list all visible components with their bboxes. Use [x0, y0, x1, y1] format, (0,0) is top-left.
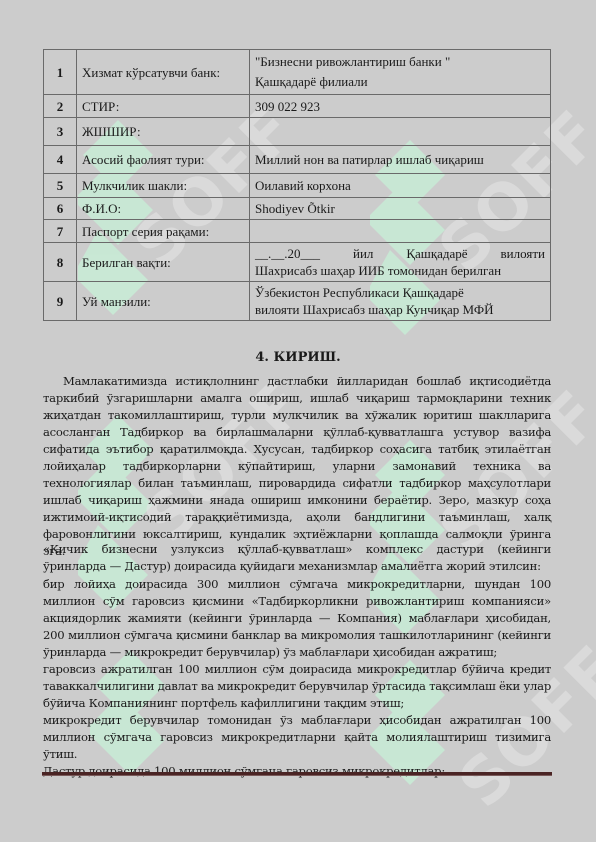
row-value-line: Ўзбекистон Республикаси Қашқадарё — [255, 284, 545, 301]
footer-divider — [42, 772, 552, 775]
section-heading: 4. КИРИШ. — [0, 350, 596, 365]
program-paragraph: бир лойиҳа доирасида 300 миллион сўмгача… — [43, 576, 551, 661]
row-value — [250, 220, 551, 243]
row-label: Берилган вақти: — [77, 243, 250, 282]
row-number: 4 — [44, 146, 77, 174]
company-info-table: 1Хизмат кўрсатувчи банк:"Бизнесни ривожл… — [43, 49, 551, 321]
row-value-line: "Бизнесни ривожлантириш банки " — [255, 52, 545, 72]
row-value: 309 022 923 — [250, 95, 551, 118]
row-value-line: вилояти Шахрисабз шаҳар Кунчиқар МФЙ — [255, 301, 545, 318]
document-page: 1Хизмат кўрсатувчи банк:"Бизнесни ривожл… — [0, 0, 596, 842]
row-value: Миллий нон ва патирлар ишлаб чиқариш — [250, 146, 551, 174]
row-label: Хизмат кўрсатувчи банк: — [77, 50, 250, 95]
row-number: 7 — [44, 220, 77, 243]
row-label: Мулкчилик шакли: — [77, 174, 250, 198]
table-row: 6Ф.И.О:Shodiyev Õtkir — [44, 198, 551, 220]
row-value: Ўзбекистон Республикаси Қашқадарёвилояти… — [250, 282, 551, 321]
row-value-line: Оилавий корхона — [255, 177, 545, 194]
row-number: 8 — [44, 243, 77, 282]
row-value-line: __.__.20___ йил Қашқадарё вилояти — [255, 245, 545, 262]
row-label: СТИР: — [77, 95, 250, 118]
row-value-line: Shodiyev Õtkir — [255, 200, 545, 217]
table-row: 7Паспорт серия рақами: — [44, 220, 551, 243]
program-paragraph: «Кичик бизнесни узлуксиз қўллаб-қувватла… — [43, 541, 551, 575]
intro-paragraph-text: Мамлакатимизда истиқлолнинг дастлабки йи… — [43, 373, 551, 560]
row-label: Паспорт серия рақами: — [77, 220, 250, 243]
row-number: 5 — [44, 174, 77, 198]
intro-paragraph: Мамлакатимизда истиқлолнинг дастлабки йи… — [43, 373, 551, 560]
row-value-line: Қашқадарё филиали — [255, 72, 545, 92]
row-value-line: 309 022 923 — [255, 98, 545, 115]
row-label: Асосий фаолият тури: — [77, 146, 250, 174]
row-label: ЖШШИР: — [77, 118, 250, 146]
table-row: 5Мулкчилик шакли:Оилавий корхона — [44, 174, 551, 198]
table-row: 1Хизмат кўрсатувчи банк:"Бизнесни ривожл… — [44, 50, 551, 95]
row-value: __.__.20___ йил Қашқадарё вилоятиШахриса… — [250, 243, 551, 282]
row-value: "Бизнесни ривожлантириш банки "Қашқадарё… — [250, 50, 551, 95]
row-value — [250, 118, 551, 146]
row-number: 1 — [44, 50, 77, 95]
row-number: 3 — [44, 118, 77, 146]
program-paragraphs: «Кичик бизнесни узлуксиз қўллаб-қувватла… — [43, 541, 551, 780]
table-row: 3ЖШШИР: — [44, 118, 551, 146]
row-number: 9 — [44, 282, 77, 321]
row-number: 2 — [44, 95, 77, 118]
row-label: Ф.И.О: — [77, 198, 250, 220]
row-value: Shodiyev Õtkir — [250, 198, 551, 220]
row-value: Оилавий корхона — [250, 174, 551, 198]
table-row: 9Уй манзили:Ўзбекистон Республикаси Қашқ… — [44, 282, 551, 321]
program-paragraph: гаровсиз ажратилган 100 миллион сўм доир… — [43, 661, 551, 712]
program-paragraph: микрокредит берувчилар томонидан ўз мабл… — [43, 712, 551, 763]
row-value-line: Шахрисабз шаҳар ИИБ томонидан берилган — [255, 262, 545, 279]
row-value-line: Миллий нон ва патирлар ишлаб чиқариш — [255, 151, 545, 168]
row-number: 6 — [44, 198, 77, 220]
table-row: 2СТИР:309 022 923 — [44, 95, 551, 118]
table-row: 4Асосий фаолият тури:Миллий нон ва патир… — [44, 146, 551, 174]
row-label: Уй манзили: — [77, 282, 250, 321]
table-row: 8Берилган вақти:__.__.20___ йил Қашқадар… — [44, 243, 551, 282]
